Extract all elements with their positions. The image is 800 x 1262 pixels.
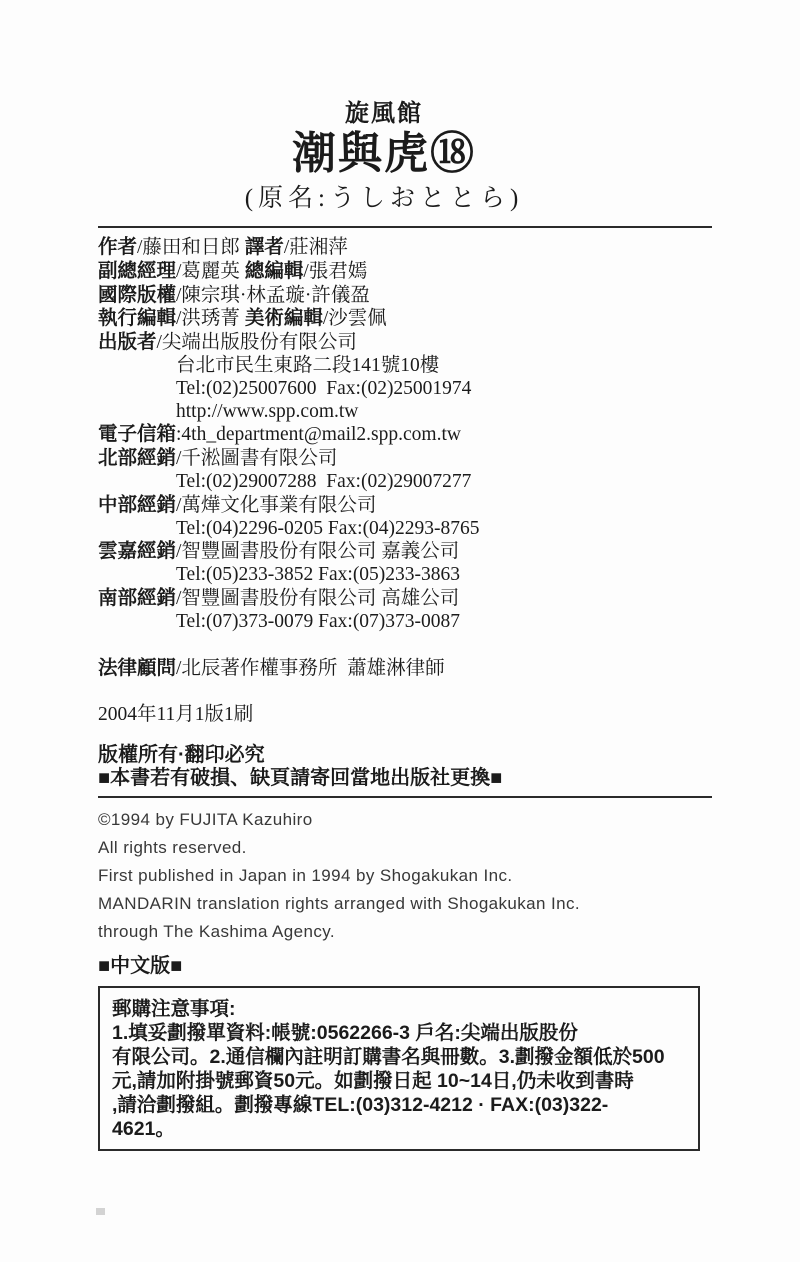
rights-reserved-line: 版權所有·翻印必究 (98, 744, 715, 767)
credit-label: 譯者 (245, 236, 284, 258)
credit-label: 執行編輯 (98, 307, 176, 329)
credit-line: Tel:(02)29007288 Fax:(02)29007277 (98, 471, 715, 494)
credit-line: 執行編輯/洪琇菁 美術編輯/沙雲佩 (98, 307, 715, 331)
credit-value: Tel:(07)373-0079 Fax:(07)373-0087 (176, 611, 460, 632)
credit-value: /智豐圖書股份有限公司 嘉義公司 (176, 541, 459, 562)
credit-label: 雲嘉經銷 (98, 540, 176, 562)
credit-value: /沙雲佩 (323, 308, 387, 329)
english-copyright-line: All rights reserved. (98, 834, 715, 862)
credit-line: 台北市民生東路二段141號10樓 (98, 355, 715, 378)
mail-order-line: 郵購注意事項: (112, 997, 686, 1021)
credit-value: /陳宗琪·林孟璇·許儀盈 (176, 285, 370, 306)
credit-label: 電子信箱 (98, 423, 176, 445)
credit-value: /藤田和日郎 (137, 237, 245, 258)
credit-label: 北部經銷 (98, 447, 176, 469)
credit-label: 中部經銷 (98, 494, 176, 516)
credit-line: 國際版權/陳宗琪·林孟璇·許儀盈 (98, 284, 715, 308)
credit-value: /莊湘萍 (284, 237, 348, 258)
credit-value: /北辰著作權事務所 蕭雄淋律師 (176, 658, 445, 679)
english-copyright-line: ©1994 by FUJITA Kazuhiro (98, 806, 715, 834)
mail-order-line: ,請洽劃撥組。劃撥專線TEL:(03)312-4212 · FAX:(03)32… (112, 1093, 686, 1117)
english-copyright-line: MANDARIN translation rights arranged wit… (98, 890, 715, 918)
english-copyright-line: through The Kashima Agency. (98, 918, 715, 946)
credit-label: 作者 (98, 236, 137, 258)
credit-line: 南部經銷/智豐圖書股份有限公司 高雄公司 (98, 587, 715, 611)
credit-value: /尖端出版股份有限公司 (157, 332, 357, 353)
credit-line: Tel:(02)25007600 Fax:(02)25001974 (98, 378, 715, 401)
series-name: 旋風館 (98, 100, 670, 128)
english-copyright-line: First published in Japan in 1994 by Shog… (98, 862, 715, 890)
credit-line: 副總經理/葛麗英 總編輯/張君嫣 (98, 260, 715, 284)
edition-printing: 2004年11月1版1刷 (98, 704, 715, 727)
credit-label: 出版者 (98, 331, 157, 353)
credit-line: 北部經銷/千淞圖書有限公司 (98, 447, 715, 471)
book-title: 潮與虎⑱ (98, 130, 670, 178)
credit-line: 電子信箱:4th_department@mail2.spp.com.tw (98, 423, 715, 447)
credit-label: 法律顧問 (98, 657, 176, 679)
credit-line: http://www.spp.com.tw (98, 401, 715, 424)
credit-value: /千淞圖書有限公司 (176, 448, 337, 469)
title-block: 旋風館 潮與虎⑱ (原名:うしおととら) (98, 100, 670, 214)
divider-top (98, 226, 712, 228)
credit-line: 出版者/尖端出版股份有限公司 (98, 331, 715, 355)
credit-value: Tel:(02)29007288 Fax:(02)29007277 (176, 471, 471, 492)
original-title: (原名:うしおととら) (98, 184, 670, 214)
credit-value: /葛麗英 (176, 261, 245, 282)
credit-line: Tel:(05)233-3852 Fax:(05)233-3863 (98, 564, 715, 587)
mail-order-line: 有限公司。2.通信欄內註明訂購書名與冊數。3.劃撥金額低於500 (112, 1045, 686, 1069)
scan-artifact (96, 1208, 105, 1215)
credit-value: :4th_department@mail2.spp.com.tw (176, 424, 461, 445)
divider-bottom (98, 796, 712, 798)
colophon-page: 旋風館 潮與虎⑱ (原名:うしおととら) 作者/藤田和日郎 譯者/莊湘萍副總經理… (0, 0, 800, 1262)
credit-value: 台北市民生東路二段141號10樓 (176, 355, 439, 376)
mail-order-box: 郵購注意事項:1.填妥劃撥單資料:帳號:0562266-3 戶名:尖端出版股份有… (98, 986, 700, 1151)
credit-value: Tel:(05)233-3852 Fax:(05)233-3863 (176, 564, 460, 585)
credits-section: 作者/藤田和日郎 譯者/莊湘萍副總經理/葛麗英 總編輯/張君嫣國際版權/陳宗琪·… (98, 236, 715, 680)
mail-order-line: 元,請加附掛號郵資50元。如劃撥日起 10~14日,仍未收到書時 (112, 1069, 686, 1093)
mail-order-line: 1.填妥劃撥單資料:帳號:0562266-3 戶名:尖端出版股份 (112, 1021, 686, 1045)
credit-label: 南部經銷 (98, 587, 176, 609)
credit-label: 副總經理 (98, 260, 176, 282)
credit-line: 作者/藤田和日郎 譯者/莊湘萍 (98, 236, 715, 260)
credit-line: 雲嘉經銷/智豐圖書股份有限公司 嘉義公司 (98, 540, 715, 564)
credit-label: 總編輯 (245, 260, 304, 282)
rights-notice: 版權所有·翻印必究 ■本書若有破損、缺頁請寄回當地出版社更換■ (98, 744, 715, 790)
return-notice-line: ■本書若有破損、缺頁請寄回當地出版社更換■ (98, 767, 715, 790)
credit-value: /洪琇菁 (176, 308, 245, 329)
english-copyright-section: ©1994 by FUJITA KazuhiroAll rights reser… (98, 806, 715, 946)
credit-label: 美術編輯 (245, 307, 323, 329)
credit-line: 法律顧問/北辰著作權事務所 蕭雄淋律師 (98, 657, 715, 681)
mail-order-line: 4621。 (112, 1117, 686, 1141)
credit-line: Tel:(04)2296-0205 Fax:(04)2293-8765 (98, 518, 715, 541)
chinese-edition-label: ■中文版■ (98, 955, 715, 978)
credit-label: 國際版權 (98, 284, 176, 306)
credit-value: /萬燁文化事業有限公司 (176, 495, 376, 516)
credit-line: Tel:(07)373-0079 Fax:(07)373-0087 (98, 611, 715, 634)
credit-value: Tel:(04)2296-0205 Fax:(04)2293-8765 (176, 518, 480, 539)
credit-value: http://www.spp.com.tw (176, 401, 358, 422)
credit-value: Tel:(02)25007600 Fax:(02)25001974 (176, 378, 471, 399)
credit-value: /智豐圖書股份有限公司 高雄公司 (176, 588, 459, 609)
credit-value: /張君嫣 (303, 261, 367, 282)
credit-line: 中部經銷/萬燁文化事業有限公司 (98, 494, 715, 518)
